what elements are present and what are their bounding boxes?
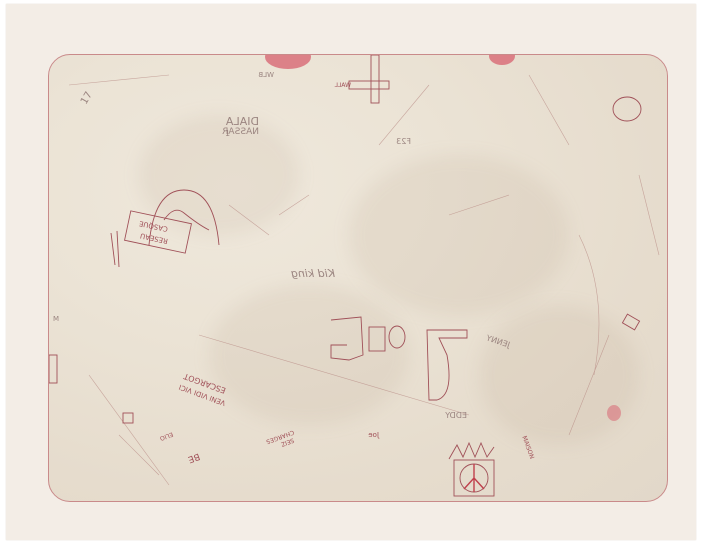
inscription-1: 1	[225, 129, 230, 138]
inscription-wall: WALL	[335, 82, 351, 89]
scratch-marks	[49, 55, 667, 501]
inscription-joe: Joe	[368, 431, 379, 439]
inscription-f23: F23	[396, 137, 411, 146]
inscription-kid-king: Kid king	[291, 267, 335, 280]
inscription-m: M	[53, 315, 59, 323]
paper-sheet: DIALA NASSAR WLB WALL F23 17 1 CASQUE RE…	[6, 4, 696, 540]
inscription-eddy: EDDY	[445, 411, 467, 420]
plate-impression: DIALA NASSAR WLB WALL F23 17 1 CASQUE RE…	[48, 54, 668, 502]
inscription-wlb: WLB	[258, 71, 274, 79]
